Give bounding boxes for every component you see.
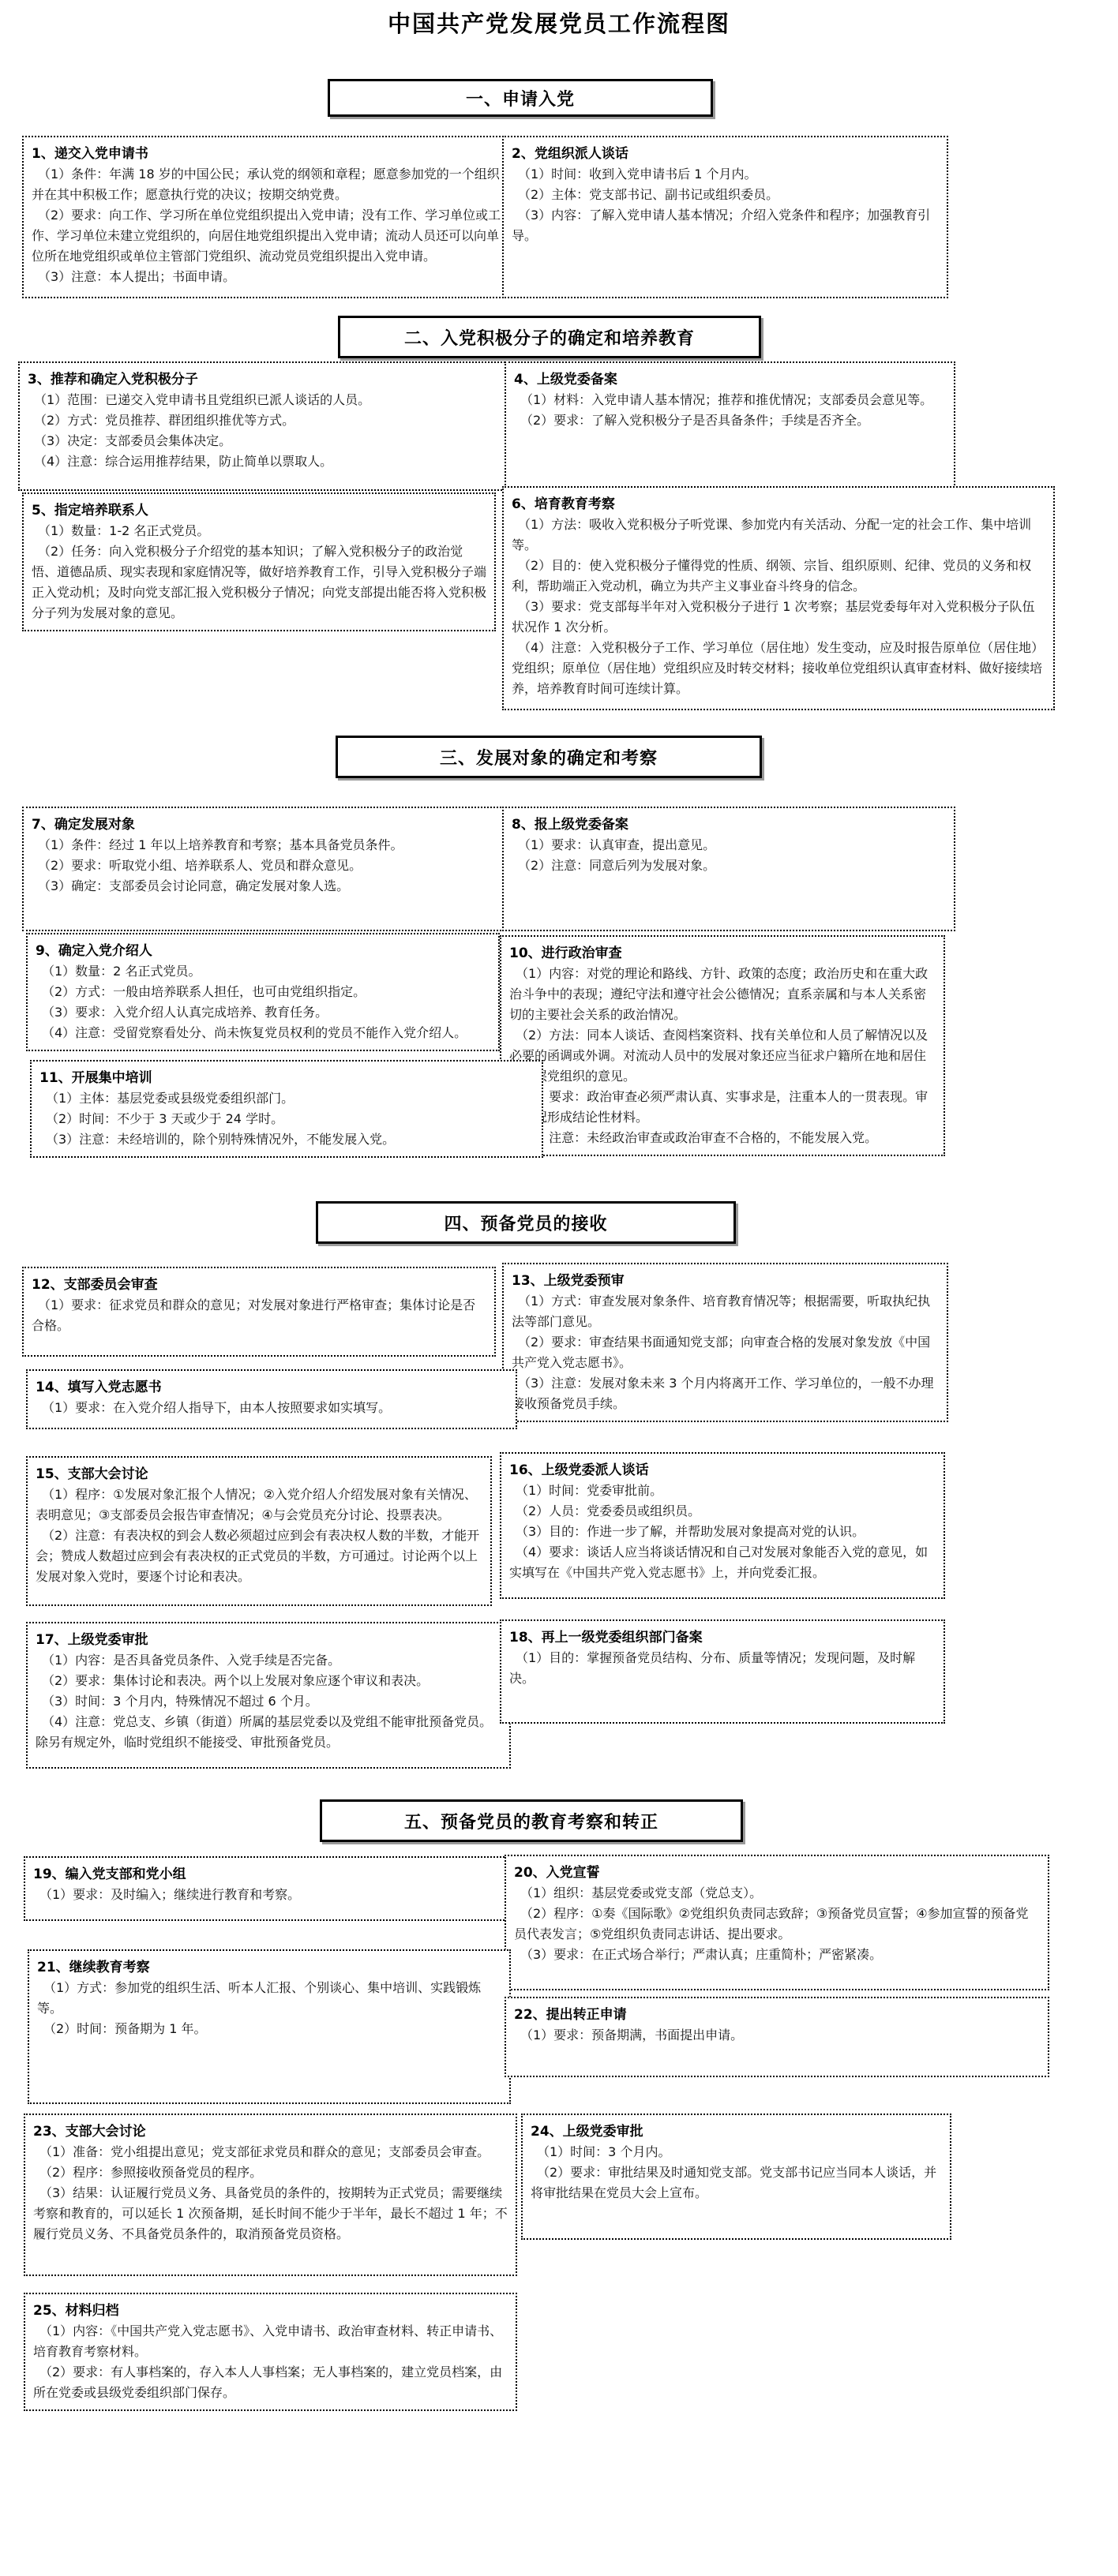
step-text: （1）内容：《中国共产党入党志愿书》、入党申请书、政治审查材料、转正申请书、培育… xyxy=(33,2321,508,2362)
step-text: （1）要求：认真审查，提出意见。 xyxy=(512,835,946,856)
step-title: 18、再上一级党委组织部门备案 xyxy=(509,1627,936,1648)
step-text: （1）要求：预备期满，书面提出申请。 xyxy=(514,2025,1040,2046)
step-box-17: 17、上级党委审批 （1）内容：是否具备党员条件、入党手续是否完备。 （2）要求… xyxy=(26,1622,511,1769)
step-title: 8、报上级党委备案 xyxy=(512,814,946,835)
section-header-label: 二、入党积极分子的确定和培养教育 xyxy=(404,325,695,350)
step-text: （1）内容：是否具备党员条件、入党手续是否完备。 xyxy=(36,1650,501,1671)
step-text: （2）注意：同意后列为发展对象。 xyxy=(512,856,946,876)
step-text: （1）准备：党小组提出意见；党支部征求党员和群众的意见；支部委员会审查。 xyxy=(33,2142,508,2162)
step-box-22: 22、提出转正申请 （1）要求：预备期满，书面提出申请。 xyxy=(505,1997,1049,2077)
step-box-15: 15、支部大会讨论 （1）程序：①发展对象汇报个人情况；②入党介绍人介绍发展对象… xyxy=(26,1456,492,1606)
step-title: 24、上级党委审批 xyxy=(531,2121,942,2142)
step-text: （1）时间：3 个月内。 xyxy=(531,2142,942,2162)
step-text: （2）要求：审批结果及时通知党支部。党支部书记应当同本人谈话，并将审批结果在党员… xyxy=(531,2162,942,2203)
step-title: 12、支部委员会审查 xyxy=(32,1275,486,1295)
section-header-label: 四、预备党员的接收 xyxy=(444,1211,607,1235)
step-title: 16、上级党委派人谈话 xyxy=(509,1460,936,1481)
step-title: 19、编入党支部和党小组 xyxy=(33,1864,497,1885)
step-text: （2）要求：集体讨论和表决。两个以上发展对象应逐个审议和表决。 xyxy=(36,1671,501,1691)
step-box-10: 10、进行政治审查 （1）内容：对党的理论和路线、方针、政策的态度；政治历史和在… xyxy=(500,935,945,1156)
step-box-13: 13、上级党委预审 （1）方式：审查发展对象条件、培育教育情况等；根据需要，听取… xyxy=(502,1263,948,1422)
step-text: （1）时间：收到入党申请书后 1 个月内。 xyxy=(512,164,939,185)
step-text: （2）方法：同本人谈话、查阅档案资料、找有关单位和人员了解情况以及必要的函调或外… xyxy=(509,1025,936,1087)
step-text: （1）时间：党委审批前。 xyxy=(509,1481,936,1501)
step-box-24: 24、上级党委审批 （1）时间：3 个月内。 （2）要求：审批结果及时通知党支部… xyxy=(521,2114,951,2240)
step-text: （1）材料：入党申请人基本情况；推荐和推优情况；支部委员会意见等。 xyxy=(514,390,946,410)
step-text: （2）方式：党员推荐、群团组织推优等方式。 xyxy=(28,410,508,431)
step-title: 23、支部大会讨论 xyxy=(33,2121,508,2142)
step-box-5: 5、指定培养联系人 （1）数量：1-2 名正式党员。 （2）任务：向入党积极分子… xyxy=(22,492,496,631)
step-title: 13、上级党委预审 xyxy=(512,1271,939,1291)
step-title: 21、继续教育考察 xyxy=(37,1957,501,1978)
step-text: （1）条件：年满 18 岁的中国公民；承认党的纲领和章程；愿意参加党的一个组织并… xyxy=(32,164,504,205)
step-title: 1、递交入党申请书 xyxy=(32,144,504,164)
step-text: （1）组织：基层党委或党支部（党总支）。 xyxy=(514,1883,1040,1904)
step-box-11: 11、开展集中培训 （1）主体：基层党委或县级党委组织部门。 （2）时间：不少于… xyxy=(30,1060,543,1158)
step-text: （2）要求：了解入党积极分子是否具备条件；手续是否齐全。 xyxy=(514,410,946,431)
step-text: （1）数量：2 名正式党员。 xyxy=(36,961,490,982)
step-title: 4、上级党委备案 xyxy=(514,369,946,390)
step-title: 20、入党宣誓 xyxy=(514,1863,1040,1883)
step-text: （3）时间：3 个月内，特殊情况不超过 6 个月。 xyxy=(36,1691,501,1712)
section-header-label: 五、预备党员的教育考察和转正 xyxy=(404,1809,658,1833)
step-text: （2）任务：向入党积极分子介绍党的基本知识；了解入党积极分子的政治觉悟、道德品质… xyxy=(32,541,486,623)
step-text: （2）要求：审查结果书面通知党支部；向审查合格的发展对象发放《中国共产党入党志愿… xyxy=(512,1332,939,1373)
step-title: 15、支部大会讨论 xyxy=(36,1464,482,1485)
step-box-2: 2、党组织派人谈话 （1）时间：收到入党申请书后 1 个月内。 （2）主体：党支… xyxy=(502,136,948,298)
step-text: （2）程序：参照接收预备党员的程序。 xyxy=(33,2162,508,2183)
section-header-4: 四、预备党员的接收 xyxy=(316,1201,736,1244)
step-text: （3）要求：党支部每半年对入党积极分子进行 1 次考察；基层党委每年对入党积极分… xyxy=(512,597,1045,638)
section-header-2: 二、入党积极分子的确定和培养教育 xyxy=(338,316,761,358)
page-title: 中国共产党发展党员工作流程图 xyxy=(0,6,1118,39)
step-text: （2）时间：预备期为 1 年。 xyxy=(37,2019,501,2039)
step-text: （4）要求：谈话人应当将谈话情况和自己对发展对象能否入党的意见，如实填写在《中国… xyxy=(509,1542,936,1583)
step-box-25: 25、材料归档 （1）内容：《中国共产党入党志愿书》、入党申请书、政治审查材料、… xyxy=(24,2293,517,2411)
step-text: （1）内容：对党的理论和路线、方针、政策的态度；政治历史和在重大政治斗争中的表现… xyxy=(509,964,936,1025)
step-title: 2、党组织派人谈话 xyxy=(512,144,939,164)
step-title: 6、培育教育考察 xyxy=(512,494,1045,515)
step-title: 14、填写入党志愿书 xyxy=(36,1377,508,1398)
step-box-18: 18、再上一级党委组织部门备案 （1）目的：掌握预备党员结构、分布、质量等情况；… xyxy=(500,1619,945,1724)
step-box-23: 23、支部大会讨论 （1）准备：党小组提出意见；党支部征求党员和群众的意见；支部… xyxy=(24,2114,517,2276)
step-text: （2）要求：有人事档案的，存入本人人事档案；无人事档案的，建立党员档案，由所在党… xyxy=(33,2362,508,2403)
step-text: （1）范围：已递交入党申请书且党组织已派人谈话的人员。 xyxy=(28,390,508,410)
step-title: 3、推荐和确定入党积极分子 xyxy=(28,369,508,390)
step-title: 9、确定入党介绍人 xyxy=(36,941,490,961)
step-title: 7、确定发展对象 xyxy=(32,814,508,835)
step-title: 11、开展集中培训 xyxy=(39,1068,534,1088)
step-text: （1）数量：1-2 名正式党员。 xyxy=(32,521,486,541)
step-text: （1）要求：在入党介绍人指导下，由本人按照要求如实填写。 xyxy=(36,1398,508,1418)
step-title: 10、进行政治审查 xyxy=(509,943,936,964)
step-text: （1）程序：①发展对象汇报个人情况；②入党介绍人介绍发展对象有关情况、表明意见；… xyxy=(36,1485,482,1526)
step-text: （1）要求：征求党员和群众的意见；对发展对象进行严格审查；集体讨论是否合格。 xyxy=(32,1295,486,1336)
step-text: （2）方式：一般由培养联系人担任，也可由党组织指定。 xyxy=(36,982,490,1002)
step-title: 5、指定培养联系人 xyxy=(32,500,486,521)
step-text: （3）结果：认证履行党员义务、具备党员的条件的，按期转为正式党员；需要继续考察和… xyxy=(33,2183,508,2245)
step-text: （1）目的：掌握预备党员结构、分布、质量等情况；发现问题，及时解决。 xyxy=(509,1648,936,1689)
step-box-6: 6、培育教育考察 （1）方法：吸收入党积极分子听党课、参加党内有关活动、分配一定… xyxy=(502,486,1055,710)
section-header-label: 三、发展对象的确定和考察 xyxy=(440,745,658,769)
step-box-9: 9、确定入党介绍人 （1）数量：2 名正式党员。 （2）方式：一般由培养联系人担… xyxy=(26,933,500,1051)
step-box-21: 21、继续教育考察 （1）方式：参加党的组织生活、听本人汇报、个别谈心、集中培训… xyxy=(28,1949,511,2104)
step-text: （2）要求：听取党小组、培养联系人、党员和群众意见。 xyxy=(32,856,508,876)
step-box-1: 1、递交入党申请书 （1）条件：年满 18 岁的中国公民；承认党的纲领和章程；愿… xyxy=(22,136,513,298)
step-text: （2）主体：党支部书记、副书记或组织委员。 xyxy=(512,185,939,205)
step-text: （3）要求：入党介绍人认真完成培养、教育任务。 xyxy=(36,1002,490,1023)
step-title: 25、材料归档 xyxy=(33,2301,508,2321)
step-text: （1）方式：参加党的组织生活、听本人汇报、个别谈心、集中培训、实践锻炼等。 xyxy=(37,1978,501,2019)
step-text: （4）注意：入党积极分子工作、学习单位（居住地）发生变动，应及时报告原单位（居住… xyxy=(512,638,1045,699)
step-text: （3）要求：政治审查必须严肃认真、实事求是，注重本人的一贯表现。审查情况形成结论… xyxy=(509,1087,936,1128)
step-text: （3）注意：发展对象未来 3 个月内将离开工作、学习单位的，一般不办理接收预备党… xyxy=(512,1373,939,1414)
section-header-5: 五、预备党员的教育考察和转正 xyxy=(320,1799,743,1842)
step-text: （1）方式：审查发展对象条件、培育教育情况等；根据需要，听取执纪执法等部门意见。 xyxy=(512,1291,939,1332)
step-box-12: 12、支部委员会审查 （1）要求：征求党员和群众的意见；对发展对象进行严格审查；… xyxy=(22,1267,496,1357)
step-text: （2）要求：向工作、学习所在单位党组织提出入党申请；没有工作、学习单位或工作、学… xyxy=(32,205,504,267)
step-text: （3）注意：本人提出；书面申请。 xyxy=(32,267,504,287)
step-box-14: 14、填写入党志愿书 （1）要求：在入党介绍人指导下，由本人按照要求如实填写。 xyxy=(26,1369,517,1429)
step-box-4: 4、上级党委备案 （1）材料：入党申请人基本情况；推荐和推优情况；支部委员会意见… xyxy=(505,361,955,491)
step-text: （2）程序：①奏《国际歌》②党组织负责同志致辞；③预备党员宣誓；④参加宣誓的预备… xyxy=(514,1904,1040,1945)
step-text: （2）注意：有表决权的到会人数必须超过应到会有表决权人数的半数，才能开会；赞成人… xyxy=(36,1526,482,1587)
step-text: （3）注意：未经培训的，除个别特殊情况外，不能发展入党。 xyxy=(39,1129,534,1150)
step-text: （2）目的：使入党积极分子懂得党的性质、纲领、宗旨、组织原则、纪律、党员的义务和… xyxy=(512,556,1045,597)
step-title: 17、上级党委审批 xyxy=(36,1630,501,1650)
section-header-3: 三、发展对象的确定和考察 xyxy=(336,736,762,778)
section-header-label: 一、申请入党 xyxy=(466,86,575,110)
step-text: （4）注意：党总支、乡镇（街道）所属的基层党委以及党组不能审批预备党员。除另有规… xyxy=(36,1712,501,1753)
step-text: （4）注意：未经政治审查或政治审查不合格的，不能发展入党。 xyxy=(509,1128,936,1148)
step-box-16: 16、上级党委派人谈话 （1）时间：党委审批前。 （2）人员：党委委员或组织员。… xyxy=(500,1452,945,1599)
step-title: 22、提出转正申请 xyxy=(514,2005,1040,2025)
step-text: （1）条件：经过 1 年以上培养教育和考察；基本具备党员条件。 xyxy=(32,835,508,856)
step-text: （4）注意：综合运用推荐结果，防止简单以票取人。 xyxy=(28,451,508,472)
section-header-1: 一、申请入党 xyxy=(328,79,713,117)
step-text: （3）内容：了解入党申请人基本情况；介绍入党条件和程序；加强教育引导。 xyxy=(512,205,939,246)
step-text: （1）主体：基层党委或县级党委组织部门。 xyxy=(39,1088,534,1109)
step-box-3: 3、推荐和确定入党积极分子 （1）范围：已递交入党申请书且党组织已派人谈话的人员… xyxy=(18,361,517,491)
step-text: （3）确定：支部委员会讨论同意，确定发展对象人选。 xyxy=(32,876,508,897)
step-text: （3）决定：支部委员会集体决定。 xyxy=(28,431,508,451)
step-text: （3）目的：作进一步了解，并帮助发展对象提高对党的认识。 xyxy=(509,1522,936,1542)
step-box-19: 19、编入党支部和党小组 （1）要求：及时编入；继续进行教育和考察。 xyxy=(24,1856,507,1921)
step-text: （3）要求：在正式场合举行；严肃认真；庄重简朴；严密紧凑。 xyxy=(514,1945,1040,1965)
step-box-7: 7、确定发展对象 （1）条件：经过 1 年以上培养教育和考察；基本具备党员条件。… xyxy=(22,807,517,931)
step-text: （2）人员：党委委员或组织员。 xyxy=(509,1501,936,1522)
step-text: （1）方法：吸收入党积极分子听党课、参加党内有关活动、分配一定的社会工作、集中培… xyxy=(512,515,1045,556)
step-box-20: 20、入党宣誓 （1）组织：基层党委或党支部（党总支）。 （2）程序：①奏《国际… xyxy=(505,1855,1049,1990)
step-box-8: 8、报上级党委备案 （1）要求：认真审查，提出意见。 （2）注意：同意后列为发展… xyxy=(502,807,955,931)
step-text: （2）时间：不少于 3 天或少于 24 学时。 xyxy=(39,1109,534,1129)
step-text: （1）要求：及时编入；继续进行教育和考察。 xyxy=(33,1885,497,1905)
step-text: （4）注意：受留党察看处分、尚未恢复党员权利的党员不能作入党介绍人。 xyxy=(36,1023,490,1043)
